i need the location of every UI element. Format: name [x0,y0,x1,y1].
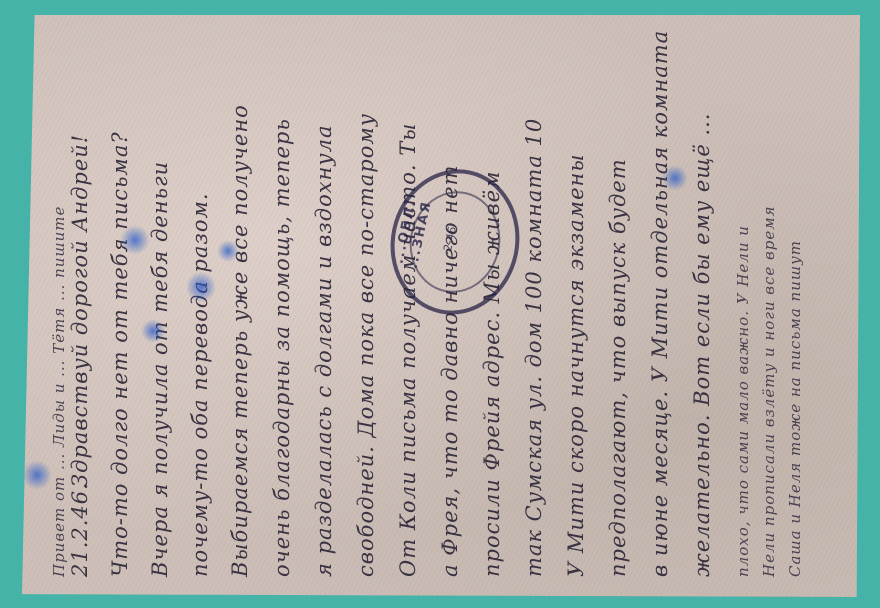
ink-blot [22,460,52,490]
handwriting-line: Саша и Неля тоже на письма пишут [786,240,804,577]
handwriting-line: плохо, что сами мало важно. У Нели и [734,225,752,577]
postcard-date: 21.2.46. [68,482,92,577]
handwriting-line: Вчера я получила от тебя деньги [148,161,172,577]
handwriting-line: Нели прописали взлёту и ноги все время [760,205,778,577]
handwriting-line: Что-то долго нет от тебя письма? [108,131,132,577]
handwriting-line: Здравствуй дорогой Андрей! [68,134,92,487]
handwriting-line: в июне месяце. У Мити отдельная комната [648,30,672,577]
handwriting-line: очень благодарны за помощь, теперь [270,118,294,577]
handwriting-line: так Сумская ул. дом 100 комната 10 [522,118,546,577]
handwriting-line: я разделалась с долгами и вздохнула [312,125,336,577]
handwriting-line: Выбираемся теперь уже все получено [228,104,252,577]
handwriting-line: предполагают, что выпуск будет [606,158,630,577]
ink-blot [140,320,166,342]
handwriting-line: свободней. Дома пока все по-старому [354,113,378,577]
ink-blot [120,225,150,255]
ink-blot [217,240,239,262]
handwriting-line: почему-то оба перевода разом. [188,192,212,577]
ink-blot [187,270,215,304]
handwriting-line: желательно. Вот если бы ему ещё ... [690,113,714,577]
handwriting-line: У Мити скоро начнутся экзамены [564,154,588,577]
margin-note: Привет от ... Лиды и ... Тётя ... пишите [50,206,68,577]
ink-blot [662,165,688,191]
